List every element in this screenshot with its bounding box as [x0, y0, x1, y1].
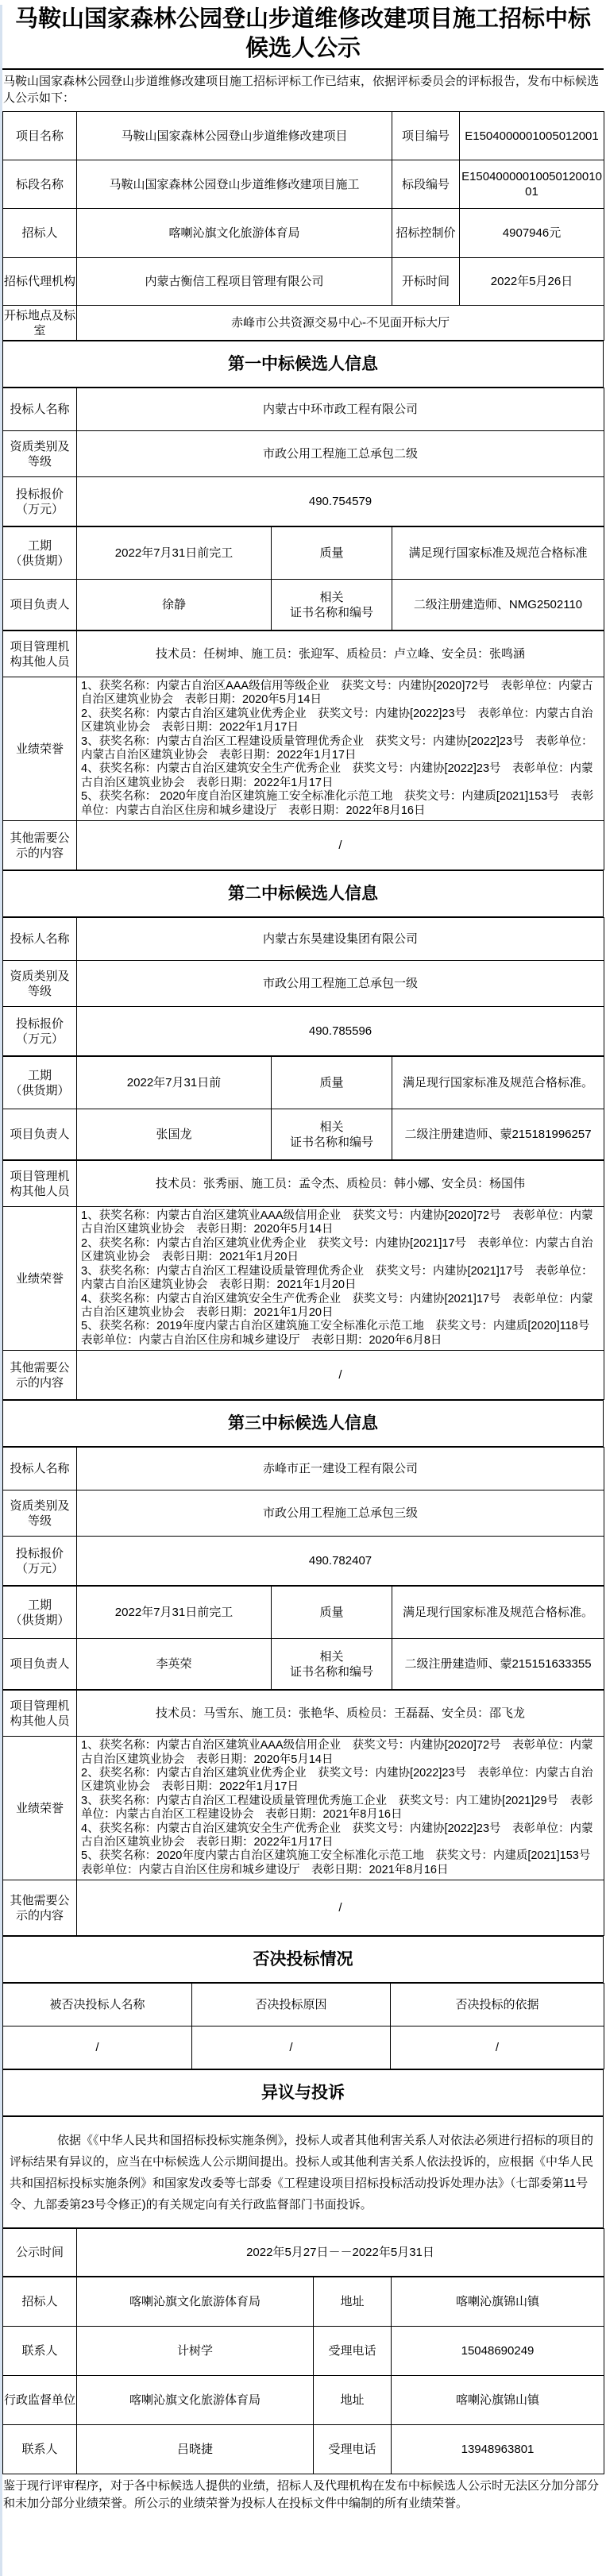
field-label: 开标地点及标室	[3, 306, 77, 341]
field-label: 投标报价 （万元）	[3, 1537, 77, 1586]
field-label: 项目管理机 构其他人员	[3, 631, 77, 677]
section-title: 第二中标候选人信息	[3, 871, 604, 917]
candidate-2-extra-table: 项目管理机 构其他人员 技术员：张秀丽、施工员：孟令杰、质检员：韩小娜、安全员：…	[2, 1160, 604, 1400]
table-row: 工期 （供货期） 2022年7月31日前 质量 满足现行国家标准及规范合格标准。	[3, 1057, 604, 1109]
field-value: 喀喇沁旗锦山镇	[392, 2277, 604, 2327]
table-row: 项目负责人 李英荣 相关 证书名称和编号 二级注册建造师、蒙2151516333…	[3, 1639, 604, 1690]
field-value: 2022年5月26日	[460, 258, 604, 306]
table-row: 被否决投标人名称 否决投标原因 否决投标的依据	[3, 1984, 604, 2026]
other-staff: 技术员：马雪东、施工员：张艳华、质检员：王磊磊、安全员：邵飞龙	[77, 1691, 604, 1737]
field-label: 其他需要公 示的内容	[3, 1351, 77, 1400]
table-row: 投标人名称 内蒙古东昊建设集团有限公司	[3, 918, 604, 961]
awards-list: 1、获奖名称：内蒙古自治区AAA级信用等级企业 获奖文号：内建协[2020]72…	[77, 677, 604, 821]
awards-list: 1、获奖名称：内蒙古自治区建筑业AAA级信用企业 获奖文号：内建协[2020]7…	[77, 1207, 604, 1351]
candidate-2-detail-table: 工期 （供货期） 2022年7月31日前 质量 满足现行国家标准及规范合格标准。…	[2, 1056, 604, 1160]
table-row: 其他需要公 示的内容 /	[3, 821, 604, 870]
table-row: 投标报价 （万元） 490.785596	[3, 1007, 604, 1056]
field-label: 相关 证书名称和编号	[272, 1109, 392, 1160]
field-label: 公示时间	[3, 2229, 77, 2277]
duration: 2022年7月31日前完工	[77, 1587, 272, 1639]
field-value: 喀喇沁旗锦山镇	[392, 2376, 604, 2425]
bid-price: 490.782407	[77, 1537, 604, 1586]
footer-note: 鉴于现行评审程序，对于各中标候选人提供的业绩，招标人及代理机构在发布中标候选人公…	[3, 2478, 603, 2512]
other-content: /	[77, 1880, 604, 1936]
rejection-table: 被否决投标人名称 否决投标原因 否决投标的依据 / / /	[2, 1983, 604, 2069]
field-label: 资质类别及 等级	[3, 961, 77, 1007]
section-header-objection: 异议与投诉	[2, 2069, 604, 2116]
field-label: 资质类别及 等级	[3, 431, 77, 477]
project-manager: 李英荣	[77, 1639, 272, 1690]
candidate-1-detail-table: 工期 （供货期） 2022年7月31日前完工 质量 满足现行国家标准及规范合格标…	[2, 526, 604, 631]
field-label: 工期 （供货期）	[3, 1057, 77, 1109]
field-label: 其他需要公 示的内容	[3, 821, 77, 870]
table-row: 资质类别及 等级 市政公用工程施工总承包三级	[3, 1490, 604, 1537]
table-row: 公示时间 2022年5月27日－－2022年5月31日	[3, 2229, 604, 2277]
field-label: 质量	[272, 1057, 392, 1109]
objection-paragraph-table: 依据《《中华人民共和国招标投标实施条例》，投标人或者其他利害关系人对依法必须进行…	[2, 2116, 604, 2228]
table-row: 投标报价 （万元） 490.754579	[3, 477, 604, 526]
field-value: 马鞍山国家森林公园登山步道维修改建项目施工	[77, 160, 392, 209]
field-label: 投标报价 （万元）	[3, 1007, 77, 1056]
section-title: 第三中标候选人信息	[3, 1401, 604, 1447]
field-label: 地址	[314, 2376, 392, 2425]
field-label: 投标人名称	[3, 1448, 77, 1490]
section-title: 异议与投诉	[3, 2070, 604, 2116]
document: 马鞍山国家森林公园登山步道维修改建项目施工招标中标候选人公示 马鞍山国家森林公园…	[2, 5, 604, 2512]
field-label: 投标报价 （万元）	[3, 477, 77, 526]
bid-price: 490.785596	[77, 1007, 604, 1056]
table-row: 招标人 喀喇沁旗文化旅游体育局 地址 喀喇沁旗锦山镇	[3, 2277, 604, 2327]
candidate-3-detail-table: 工期 （供货期） 2022年7月31日前完工 质量 满足现行国家标准及规范合格标…	[2, 1586, 604, 1690]
field-label: 受理电话	[314, 2425, 392, 2474]
section-header-rejection: 否决投标情况	[2, 1936, 604, 1983]
field-label: 项目负责人	[3, 1639, 77, 1690]
objection-paragraph: 依据《《中华人民共和国招标投标实施条例》，投标人或者其他利害关系人对依法必须进行…	[3, 2117, 604, 2228]
table-row: 项目负责人 张国龙 相关 证书名称和编号 二级注册建造师、蒙2151819962…	[3, 1109, 604, 1160]
field-label: 开标时间	[392, 258, 460, 306]
field-value: 喀喇沁旗文化旅游体育局	[77, 2376, 314, 2425]
table-row: 其他需要公 示的内容 /	[3, 1880, 604, 1936]
field-label: 项目管理机 构其他人员	[3, 1691, 77, 1737]
field-label: 联系人	[3, 2425, 77, 2474]
cell-value: /	[192, 2026, 391, 2069]
table-row: 项目名称 马鞍山国家森林公园登山步道维修改建项目 项目编号 E150400000…	[3, 112, 604, 160]
field-label: 资质类别及 等级	[3, 1490, 77, 1537]
field-label: 项目名称	[3, 112, 77, 160]
table-row: 业绩荣誉 1、获奖名称：内蒙古自治区AAA级信用等级企业 获奖文号：内建协[20…	[3, 677, 604, 821]
awards-list: 1、获奖名称：内蒙古自治区建筑业AAA级信用企业 获奖文号：内建协[2020]7…	[77, 1737, 604, 1880]
field-value: 计树学	[77, 2327, 314, 2376]
publicity-time: 2022年5月27日－－2022年5月31日	[77, 2229, 604, 2277]
section-title: 第一中标候选人信息	[3, 341, 604, 388]
other-staff: 技术员：张秀丽、施工员：孟令杰、质检员：韩小娜、安全员：杨国伟	[77, 1161, 604, 1207]
table-row: 开标地点及标室 赤峰市公共资源交易中心-不见面开标大厅	[3, 306, 604, 341]
field-label: 招标人	[3, 2277, 77, 2327]
bid-price: 490.754579	[77, 477, 604, 526]
field-label: 业绩荣誉	[3, 677, 77, 821]
bidder-name: 内蒙古中环市政工程有限公司	[77, 388, 604, 431]
project-manager: 张国龙	[77, 1109, 272, 1160]
field-label: 项目负责人	[3, 580, 77, 631]
table-row: 行政监督单位 喀喇沁旗文化旅游体育局 地址 喀喇沁旗锦山镇	[3, 2376, 604, 2425]
candidate-1-extra-table: 项目管理机 构其他人员 技术员：任树坤、施工员：张迎军、质检员：卢立峰、安全员：…	[2, 631, 604, 870]
table-row: 业绩荣誉 1、获奖名称：内蒙古自治区建筑业AAA级信用企业 获奖文号：内建协[2…	[3, 1207, 604, 1351]
field-value: 15048690249	[392, 2327, 604, 2376]
field-value: 喀喇沁旗文化旅游体育局	[77, 209, 392, 258]
candidate-1-table: 投标人名称 内蒙古中环市政工程有限公司 资质类别及 等级 市政公用工程施工总承包…	[2, 388, 604, 526]
column-header: 否决投标原因	[192, 1984, 391, 2026]
field-label: 项目编号	[392, 112, 460, 160]
certificate: 二级注册建造师、NMG2502110	[392, 580, 604, 631]
field-label: 相关 证书名称和编号	[272, 580, 392, 631]
field-value: 马鞍山国家森林公园登山步道维修改建项目	[77, 112, 392, 160]
field-label: 联系人	[3, 2327, 77, 2376]
table-row: 项目管理机 构其他人员 技术员：任树坤、施工员：张迎军、质检员：卢立峰、安全员：…	[3, 631, 604, 677]
field-label: 招标控制价	[392, 209, 460, 258]
section-header-candidate-2: 第二中标候选人信息	[2, 870, 604, 917]
candidate-3-table: 投标人名称 赤峰市正一建设工程有限公司 资质类别及 等级 市政公用工程施工总承包…	[2, 1447, 604, 1586]
candidate-2-table: 投标人名称 内蒙古东昊建设集团有限公司 资质类别及 等级 市政公用工程施工总承包…	[2, 917, 604, 1056]
field-label: 投标人名称	[3, 918, 77, 961]
field-label: 项目管理机 构其他人员	[3, 1161, 77, 1207]
table-row: / / /	[3, 2026, 604, 2069]
table-row: 其他需要公 示的内容 /	[3, 1351, 604, 1400]
table-row: 联系人 吕晓捷 受理电话 13948963801	[3, 2425, 604, 2474]
cell-value: /	[3, 2026, 192, 2069]
qualification: 市政公用工程施工总承包三级	[77, 1490, 604, 1537]
field-label: 招标人	[3, 209, 77, 258]
field-label: 业绩荣誉	[3, 1737, 77, 1880]
table-row: 资质类别及 等级 市政公用工程施工总承包二级	[3, 431, 604, 477]
table-row: 联系人 计树学 受理电话 15048690249	[3, 2327, 604, 2376]
field-value: 赤峰市公共资源交易中心-不见面开标大厅	[77, 306, 604, 341]
column-header: 被否决投标人名称	[3, 1984, 192, 2026]
table-row: 资质类别及 等级 市政公用工程施工总承包一级	[3, 961, 604, 1007]
field-value: 吕晓捷	[77, 2425, 314, 2474]
certificate: 二级注册建造师、蒙215151633355	[392, 1639, 604, 1690]
basic-info-table: 项目名称 马鞍山国家森林公园登山步道维修改建项目 项目编号 E150400000…	[2, 111, 604, 341]
table-row: 项目负责人 徐静 相关 证书名称和编号 二级注册建造师、NMG2502110	[3, 580, 604, 631]
table-row: 项目管理机 构其他人员 技术员：马雪东、施工员：张艳华、质检员：王磊磊、安全员：…	[3, 1691, 604, 1737]
table-row: 工期 （供货期） 2022年7月31日前完工 质量 满足现行国家标准及规范合格标…	[3, 527, 604, 580]
table-row: 项目管理机 构其他人员 技术员：张秀丽、施工员：孟令杰、质检员：韩小娜、安全员：…	[3, 1161, 604, 1207]
field-label: 受理电话	[314, 2327, 392, 2376]
field-label: 标段编号	[392, 160, 460, 209]
other-content: /	[77, 821, 604, 870]
bidder-name: 赤峰市正一建设工程有限公司	[77, 1448, 604, 1490]
cell-value: /	[391, 2026, 604, 2069]
section-title: 否决投标情况	[3, 1937, 604, 1983]
field-label: 质量	[272, 527, 392, 580]
quality: 满足现行国家标准及规范合格标准。	[392, 1587, 604, 1639]
certificate: 二级注册建造师、蒙215181996257	[392, 1109, 604, 1160]
other-content: /	[77, 1351, 604, 1400]
field-label: 行政监督单位	[3, 2376, 77, 2425]
field-value: E1504000001005012001001	[460, 160, 604, 209]
qualification: 市政公用工程施工总承包二级	[77, 431, 604, 477]
field-label: 项目负责人	[3, 1109, 77, 1160]
other-staff: 技术员：任树坤、施工员：张迎军、质检员：卢立峰、安全员：张鸣涵	[77, 631, 604, 677]
quality: 满足现行国家标准及规范合格标准。	[392, 1057, 604, 1109]
table-row: 招标人 喀喇沁旗文化旅游体育局 招标控制价 4907946元	[3, 209, 604, 258]
bidder-name: 内蒙古东昊建设集团有限公司	[77, 918, 604, 961]
field-label: 工期 （供货期）	[3, 1587, 77, 1639]
field-label: 投标人名称	[3, 388, 77, 431]
field-value: 喀喇沁旗文化旅游体育局	[77, 2277, 314, 2327]
field-value: 4907946元	[460, 209, 604, 258]
publicity-time-table: 公示时间 2022年5月27日－－2022年5月31日	[2, 2228, 604, 2277]
field-label: 相关 证书名称和编号	[272, 1639, 392, 1690]
field-label: 招标代理机构	[3, 258, 77, 306]
title-divider	[2, 68, 604, 70]
column-header: 否决投标的依据	[391, 1984, 604, 2026]
duration: 2022年7月31日前完工	[77, 527, 272, 580]
field-label: 业绩荣誉	[3, 1207, 77, 1351]
table-row: 工期 （供货期） 2022年7月31日前完工 质量 满足现行国家标准及规范合格标…	[3, 1587, 604, 1639]
table-row: 依据《《中华人民共和国招标投标实施条例》，投标人或者其他利害关系人对依法必须进行…	[3, 2117, 604, 2228]
quality: 满足现行国家标准及规范合格标准	[392, 527, 604, 580]
field-value: E1504000001005012001	[460, 112, 604, 160]
field-label: 标段名称	[3, 160, 77, 209]
table-row: 投标人名称 赤峰市正一建设工程有限公司	[3, 1448, 604, 1490]
section-header-candidate-1: 第一中标候选人信息	[2, 341, 604, 388]
intro-paragraph: 马鞍山国家森林公园登山步道维修改建项目施工招标评标工作已结束，依据评标委员会的评…	[3, 73, 601, 106]
table-row: 招标代理机构 内蒙古衡信工程项目管理有限公司 开标时间 2022年5月26日	[3, 258, 604, 306]
table-row: 标段名称 马鞍山国家森林公园登山步道维修改建项目施工 标段编号 E1504000…	[3, 160, 604, 209]
contact-table: 招标人 喀喇沁旗文化旅游体育局 地址 喀喇沁旗锦山镇 联系人 计树学 受理电话 …	[2, 2277, 604, 2474]
candidate-3-extra-table: 项目管理机 构其他人员 技术员：马雪东、施工员：张艳华、质检员：王磊磊、安全员：…	[2, 1690, 604, 1936]
field-value: 13948963801	[392, 2425, 604, 2474]
page-title: 马鞍山国家森林公园登山步道维修改建项目施工招标中标候选人公示	[7, 5, 599, 64]
table-row: 投标人名称 内蒙古中环市政工程有限公司	[3, 388, 604, 431]
qualification: 市政公用工程施工总承包一级	[77, 961, 604, 1007]
field-value: 内蒙古衡信工程项目管理有限公司	[77, 258, 392, 306]
duration: 2022年7月31日前	[77, 1057, 272, 1109]
table-row: 业绩荣誉 1、获奖名称：内蒙古自治区建筑业AAA级信用企业 获奖文号：内建协[2…	[3, 1737, 604, 1880]
field-label: 工期 （供货期）	[3, 527, 77, 580]
field-label: 其他需要公 示的内容	[3, 1880, 77, 1936]
announcement-page: { "colors": { "page_left_border": "#d6e2…	[0, 5, 606, 2576]
table-row: 投标报价 （万元） 490.782407	[3, 1537, 604, 1586]
field-label: 质量	[272, 1587, 392, 1639]
field-label: 地址	[314, 2277, 392, 2327]
section-header-candidate-3: 第三中标候选人信息	[2, 1400, 604, 1447]
project-manager: 徐静	[77, 580, 272, 631]
